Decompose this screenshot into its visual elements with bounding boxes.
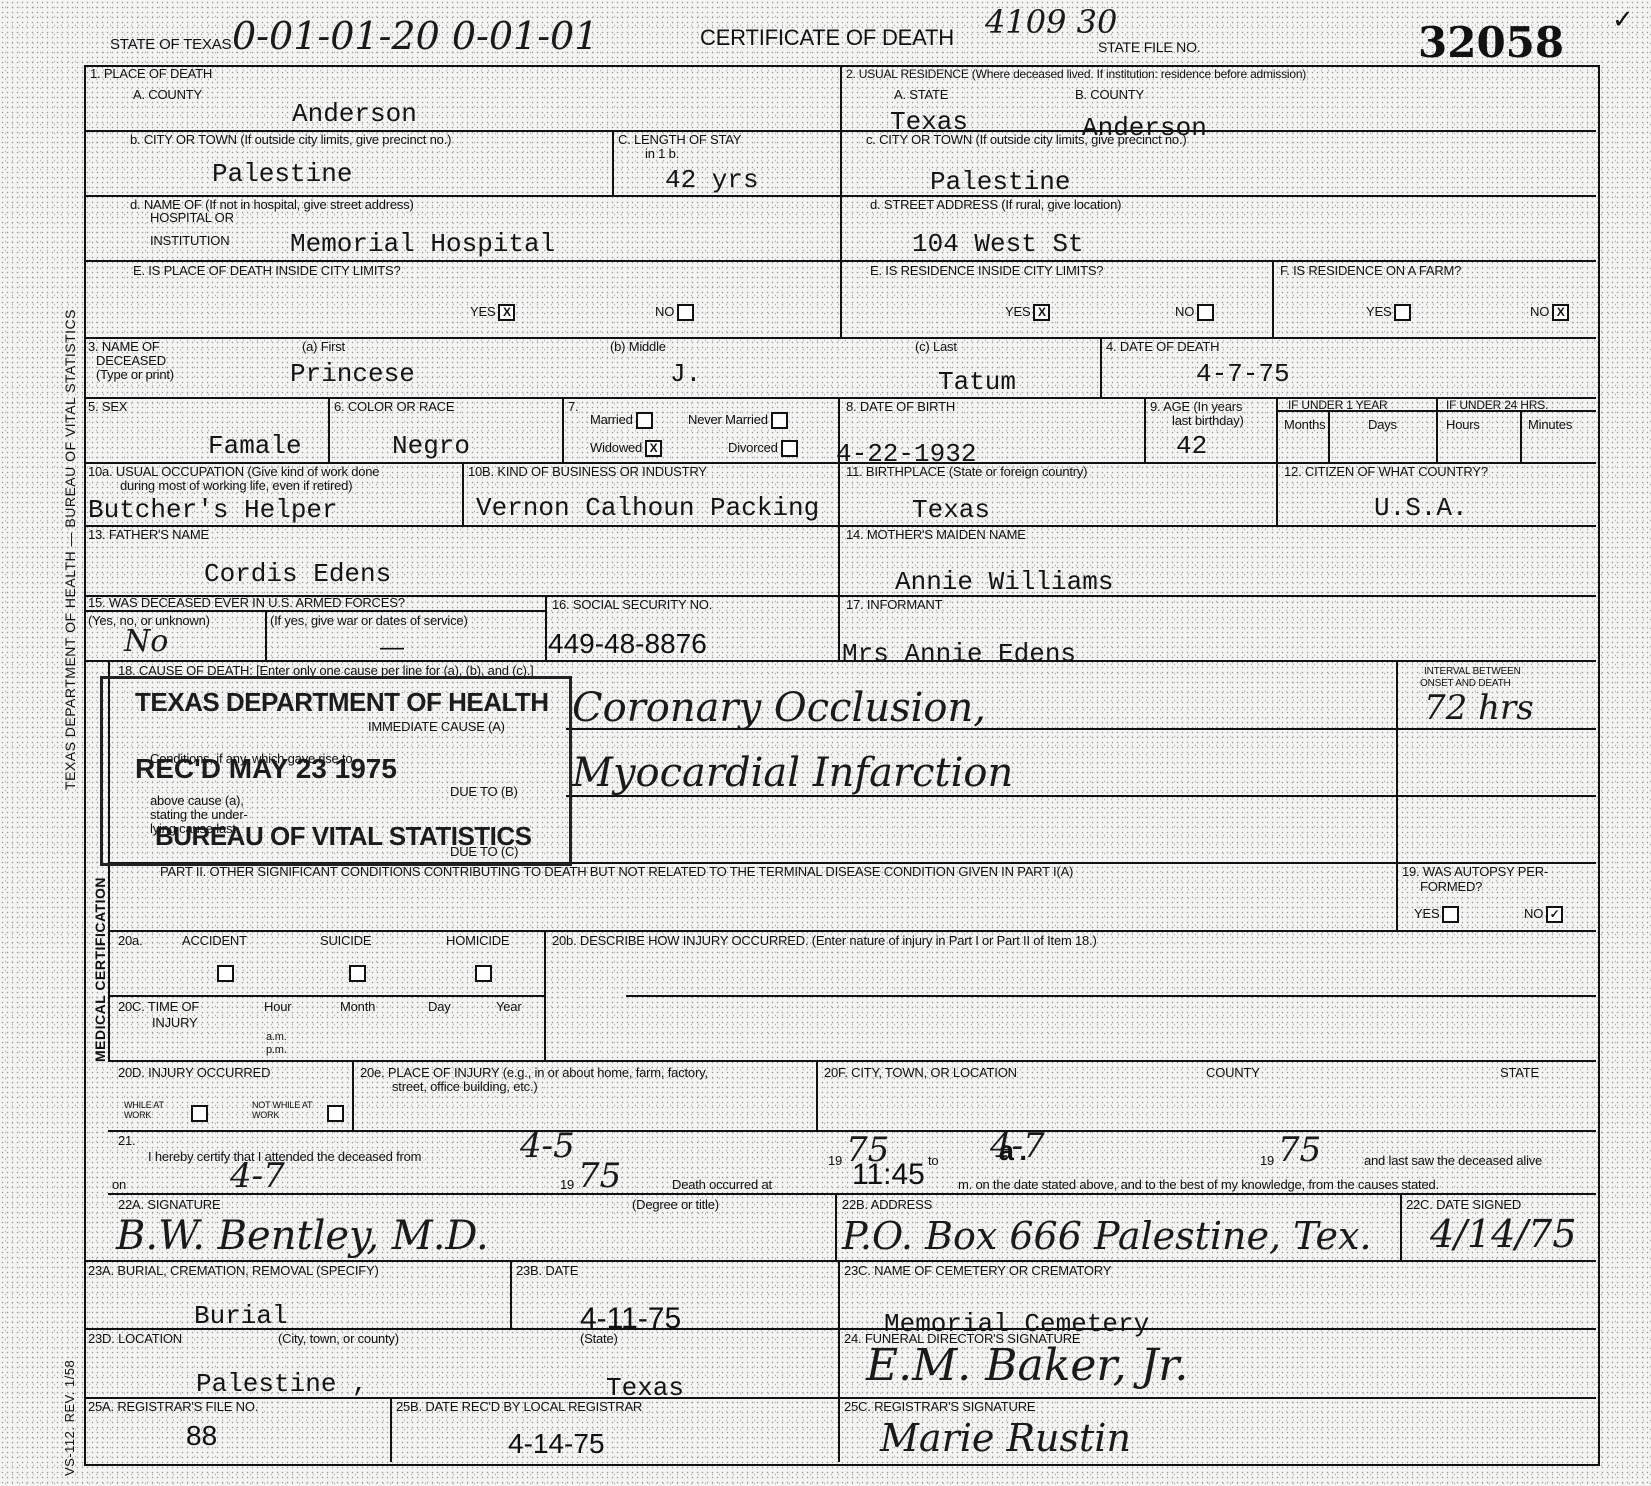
place-of-injury-label-2: street, office building, etc.) [392,1080,538,1094]
hospital-label-3: INSTITUTION [150,234,229,248]
never-married-option[interactable]: Never Married [688,412,788,429]
length-of-stay-label: c. LENGTH OF STAY [618,133,741,147]
time-of-injury-label: 20c. TIME OF [118,1000,199,1014]
mother-field[interactable]: Annie Williams [895,568,1113,596]
death-inside-no[interactable]: NO [655,304,694,321]
residence-state-label: a. STATE [894,88,948,102]
checkbox-empty-icon[interactable] [1394,304,1411,321]
on-year-prefix: 19 [560,1178,574,1192]
to-year-prefix: 19 [1260,1154,1274,1168]
name-label: 3. NAME OF [88,340,160,354]
farm-label: f. IS RESIDENCE ON A FARM? [1280,264,1461,278]
year-label: Year [496,1000,521,1014]
registrar-file-label: 25a. REGISTRAR'S FILE NO. [88,1400,258,1414]
registrar-signature-label: 25c. REGISTRAR'S SIGNATURE [844,1400,1035,1414]
widowed-option[interactable]: WidowedX [590,440,662,457]
business-field[interactable]: Vernon Calhoun Packing [476,494,819,522]
time-of-injury-label-2: INJURY [152,1016,198,1030]
checkbox-empty-icon[interactable] [1197,304,1214,321]
county-label: a. COUNTY [133,88,202,102]
occupation-label-2: during most of working life, even if ret… [120,479,352,493]
name-label-3: (Type or print) [96,368,174,382]
last-saw-text: and last saw the deceased alive [1364,1154,1542,1168]
residence-city-label: c. CITY OR TOWN (If outside city limits,… [866,133,1187,147]
stamp-date: REC'D MAY 23 1975 [135,753,397,785]
location-city-field[interactable]: Palestine , [196,1370,368,1398]
accident-checkbox[interactable] [217,965,234,982]
funeral-director-signature[interactable]: E.M. Baker, Jr. [866,1348,1188,1384]
not-while-at-work-label: NOT WHILE AT WORK [252,1100,314,1120]
under-day-label: IF UNDER 24 HRS. [1446,398,1548,412]
while-at-work-label: WHILE AT WORK [124,1100,180,1120]
length-of-stay-field[interactable]: 42 yrs [665,166,759,194]
department-side-label: TEXAS DEPARTMENT OF HEALTH — BUREAU OF V… [62,309,78,790]
describe-injury-label: 20b. DESCRIBE HOW INJURY OCCURRED. (Ente… [552,934,1097,948]
attended-from-field[interactable]: 4-5 [520,1128,575,1164]
place-of-injury-label: 20e. PLACE OF INJURY (e.g., in or about … [360,1066,708,1080]
sex-field[interactable]: Famale [208,432,302,460]
first-name-field[interactable]: Princese [290,360,415,388]
suicide-checkbox[interactable] [349,965,366,982]
checkbox-empty-icon[interactable] [636,412,653,429]
received-stamp: TEXAS DEPARTMENT OF HEALTH REC'D MAY 23 … [100,676,572,866]
hospital-label-2: HOSPITAL OR [150,211,234,225]
checkbox-checked-icon[interactable]: X [1552,304,1569,321]
informant-label: 17. INFORMANT [846,598,942,612]
address-label: 22b. ADDRESS [842,1198,932,1212]
occupation-label: 10a. USUAL OCCUPATION (Give kind of work… [88,465,379,479]
not-while-at-work-checkbox[interactable] [327,1105,344,1122]
inside-limits-label: e. IS PLACE OF DEATH INSIDE CITY LIMITS? [133,264,400,278]
state-file-label: STATE FILE NO. [1098,40,1200,54]
divorced-option[interactable]: Divorced [728,440,798,457]
state-label: STATE OF TEXAS [110,38,231,52]
hour-label: Hour [264,1000,291,1014]
last-name-label: (c) Last [915,340,957,354]
burial-method-field[interactable]: Burial [194,1302,288,1330]
minutes-label: Minutes [1528,418,1572,432]
residence-inside-yes[interactable]: YESX [1005,304,1050,321]
birthplace-label: 11. BIRTHPLACE (State or foreign country… [846,465,1087,479]
checkbox-empty-icon[interactable] [781,440,798,457]
checkbox-empty-icon[interactable] [771,412,788,429]
certification-number: 21. [118,1134,135,1148]
part-two-label: PART II. OTHER SIGNIFICANT CONDITIONS CO… [160,865,1073,879]
registrar-file-field[interactable]: 88 [186,1420,217,1452]
farm-yes[interactable]: YES [1366,304,1411,321]
street-address-field[interactable]: 104 West St [912,230,1084,258]
checkbox-checked-icon[interactable]: X [645,440,662,457]
stamp-bureau: BUREAU OF VITAL STATISTICS [155,821,532,852]
injury-county-label: COUNTY [1206,1066,1260,1080]
cemetery-label: 23c. NAME OF CEMETERY OR CREMATORY [844,1264,1111,1278]
to-label: to [928,1154,938,1168]
homicide-checkbox[interactable] [475,965,492,982]
marital-label: 7. [568,400,578,414]
ssn-field[interactable]: 449-48-8876 [548,628,707,660]
father-label: 13. FATHER'S NAME [88,528,209,542]
death-date-field[interactable]: 4-7-75 [1196,360,1290,388]
place-of-death-label: 1. PLACE OF DEATH [90,67,212,81]
hours-label: Hours [1446,418,1480,432]
mother-label: 14. MOTHER'S MAIDEN NAME [846,528,1026,542]
occupation-field[interactable]: Butcher's Helper [88,496,338,524]
residence-inside-limits-label: e. IS RESIDENCE INSIDE CITY LIMITS? [870,264,1103,278]
state-file-number: 32058 [1418,18,1564,67]
death-city-field[interactable]: Palestine [212,160,352,188]
injury-state-label: STATE [1500,1066,1539,1080]
first-name-label: (a) First [302,340,345,354]
death-county-field[interactable]: Anderson [292,100,417,128]
on-label: on [112,1178,126,1192]
checkbox-checked-icon[interactable]: X [498,304,515,321]
received-date-label: 25b. DATE REC'D BY LOCAL REGISTRAR [396,1400,642,1414]
sex-label: 5. SEX [88,400,127,414]
location-city-sublabel: (City, town, or county) [278,1332,399,1346]
autopsy-yes[interactable]: YES [1414,906,1459,923]
citizen-label: 12. CITIZEN OF WHAT COUNTRY? [1284,465,1488,479]
death-time-field[interactable]: 11:45 [852,1158,925,1192]
cause-b-field[interactable]: Myocardial Infarction [572,755,1013,791]
injury-city-label: 20f. CITY, TOWN, OR LOCATION [824,1066,1017,1080]
am-label: a.m. [266,1030,287,1044]
age-label-2: last birthday) [1172,414,1244,428]
autopsy-label: 19. WAS AUTOPSY PER- [1402,865,1548,879]
handwritten-number: 4109 30 [985,4,1117,40]
checkbox-empty-icon[interactable] [1442,906,1459,923]
ssn-label: 16. SOCIAL SECURITY NO. [552,598,712,612]
burial-date-label: 23b. DATE [516,1264,578,1278]
street-address-label: d. STREET ADDRESS (If rural, give locati… [870,198,1121,212]
autopsy-label-2: FORMED? [1420,880,1482,894]
checkbox-checked-icon[interactable]: X [1033,304,1050,321]
check-mark-icon: ✓ [1612,4,1634,35]
certify-text-end: m. on the date stated above, and to the … [958,1178,1439,1192]
checkbox-checked-icon[interactable]: ✓ [1546,906,1563,923]
birthplace-field[interactable]: Texas [912,496,990,524]
handwritten-codes: 0-01-01-20 0-01-01 [232,18,598,54]
accident-label: ACCIDENT [182,934,247,948]
middle-name-label: (b) Middle [610,340,666,354]
death-occurred-label: Death occurred at [672,1178,772,1192]
death-date-label: 4. DATE OF DEATH [1106,340,1219,354]
under-year-label: IF UNDER 1 YEAR [1288,398,1387,412]
form-number-side-label: VS-112. REV. 1/58 [62,1360,77,1476]
middle-name-field[interactable]: J. [670,360,701,388]
degree-label: (Degree or title) [632,1198,719,1212]
location-label: 23d. LOCATION [88,1332,182,1346]
residence-inside-no[interactable]: NO [1175,304,1214,321]
city-label: b. CITY OR TOWN (If outside city limits,… [130,133,451,147]
month-label: Month [340,1000,375,1014]
am-pm-field[interactable]: a. [998,1138,1032,1169]
service-dates-field[interactable]: — [380,634,404,662]
certificate-title: CERTIFICATE OF DEATH [700,26,954,50]
months-label: Months [1284,418,1325,432]
to-year-field[interactable]: 75 [1278,1132,1321,1168]
date-signed-label: 22c. DATE SIGNED [1406,1198,1521,1212]
on-year-field[interactable]: 75 [578,1158,621,1194]
location-state-sublabel: (State) [580,1332,618,1346]
registrar-signature[interactable]: Marie Rustin [880,1420,1131,1456]
residence-label: 2. USUAL RESIDENCE (Where deceased lived… [846,67,1306,81]
signature-label: 22a. SIGNATURE [118,1198,220,1212]
suicide-label: SUICIDE [320,934,371,948]
armed-forces-field[interactable]: No [124,624,168,660]
age-label: 9. AGE (In years [1150,400,1242,414]
location-state-field[interactable]: Texas [606,1374,684,1402]
burial-method-label: 23a. BURIAL, CREMATION, REMOVAL (Specify… [88,1264,379,1278]
citizen-field[interactable]: U.S.A. [1374,494,1468,522]
autopsy-no[interactable]: NO✓ [1524,906,1563,923]
hospital-field[interactable]: Memorial Hospital [290,230,555,258]
from-year-prefix: 19 [828,1154,842,1168]
service-dates-label: (If yes, give war or dates of service) [270,614,468,628]
physician-address-field[interactable]: P.O. Box 666 Palestine, Tex. [842,1218,1372,1254]
injury-occurred-label: 20d. INJURY OCCURRED [118,1066,270,1080]
farm-no[interactable]: NOX [1530,304,1569,321]
stamp-department: TEXAS DEPARTMENT OF HEALTH [135,687,549,718]
date-signed-field[interactable]: 4/14/75 [1430,1216,1577,1252]
father-field[interactable]: Cordis Edens [204,560,391,588]
while-at-work-checkbox[interactable] [191,1105,208,1122]
interval-a-field[interactable]: 72 hrs [1424,690,1534,726]
pm-label: p.m. [266,1043,287,1057]
physician-signature[interactable]: B.W. Bentley, M.D. [116,1218,489,1254]
cause-a-field[interactable]: Coronary Occlusion, [572,690,986,726]
last-name-field[interactable]: Tatum [938,368,1016,396]
informant-field[interactable]: Mrs Annie Edens [842,640,1076,668]
length-of-stay-sublabel: in 1 b. [645,147,679,161]
residence-city-field[interactable]: Palestine [930,168,1070,196]
business-label: 10b. KIND OF BUSINESS OR INDUSTRY [468,465,707,479]
homicide-label: HOMICIDE [446,934,509,948]
name-label-2: DECEASED [96,354,166,368]
residence-county-label: b. COUNTY [1075,88,1144,102]
birth-date-label: 8. DATE OF BIRTH [846,400,955,414]
age-field[interactable]: 42 [1176,432,1207,460]
injury-type-label: 20a. [118,934,143,948]
race-label: 6. COLOR OR RACE [334,400,454,414]
death-inside-yes[interactable]: YESX [470,304,515,321]
married-option[interactable]: Married [590,412,653,429]
race-field[interactable]: Negro [392,432,470,460]
checkbox-empty-icon[interactable] [677,304,694,321]
received-date-field[interactable]: 4-14-75 [508,1428,605,1460]
day-label: Day [428,1000,451,1014]
armed-forces-label: 15. WAS DECEASED EVER IN U.S. ARMED FORC… [88,596,405,610]
days-label: Days [1368,418,1397,432]
last-seen-date-field[interactable]: 4-7 [230,1158,285,1194]
